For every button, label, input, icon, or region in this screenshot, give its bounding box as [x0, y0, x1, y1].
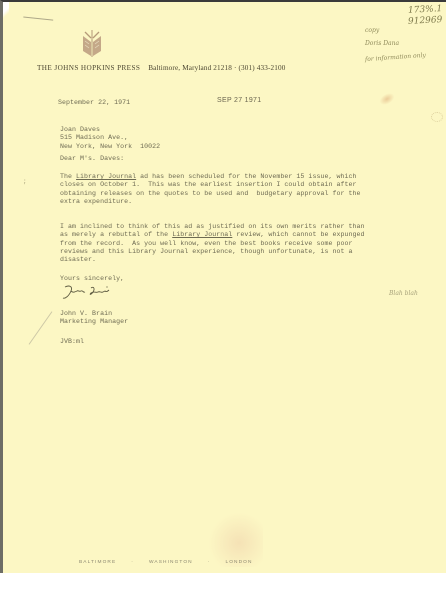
recipient-address: Joan Daves515 Madison Ave.,New York, New…	[60, 126, 160, 151]
signer-title: Marketing Manager	[60, 318, 128, 326]
pencil-mark	[23, 16, 53, 25]
letter-page: THE JOHNS HOPKINS PRESS Baltimore, Maryl…	[0, 0, 446, 573]
journal-title: Library Journal	[76, 173, 136, 180]
footer-cities: BALTIMORE·WASHINGTON·LONDON	[79, 560, 253, 565]
corner-fold	[3, 2, 9, 24]
paper-stain	[203, 507, 263, 567]
signature-block: John V. BrainMarketing Manager	[60, 310, 128, 327]
handwritten-side-note: Blah blah	[389, 290, 418, 297]
text: ad has been scheduled for the November 1…	[136, 173, 356, 180]
organization-name: THE JOHNS HOPKINS PRESS	[37, 64, 140, 72]
recipient-name: Joan Daves	[60, 126, 160, 134]
typist-initials: JVB:ml	[60, 338, 84, 346]
handwritten-info-note: for information only	[365, 52, 426, 63]
p1-line-2: closes on October 1. This was the earlie…	[60, 181, 361, 189]
p2-line-3: from the record. As you well know, even …	[60, 240, 365, 248]
ink-smudge	[378, 91, 397, 108]
separator: ·	[208, 560, 211, 565]
salutation: Dear M's. Daves:	[60, 155, 124, 163]
separator: ·	[131, 560, 134, 565]
p1-line-1: The Library Journal ad has been schedule…	[60, 173, 361, 181]
p2-line-2: as merely a rebuttal of the Library Jour…	[60, 231, 365, 239]
footer-city: LONDON	[225, 560, 252, 565]
text: as merely a rebuttal of the	[60, 231, 172, 238]
journal-title: Library Journal	[172, 231, 232, 238]
organization-address: Baltimore, Maryland 21218 · (301) 433-21…	[148, 64, 285, 72]
p1-line-3: obtaining releases on the quotes to be u…	[60, 190, 361, 198]
recipient-city: New York, New York 10022	[60, 143, 160, 151]
recipient-street: 515 Madison Ave.,	[60, 134, 160, 142]
text: review, which cannot be expunged	[232, 231, 364, 238]
reference-number: 173%.1	[408, 4, 443, 16]
handwritten-copy-note: copy	[365, 27, 379, 34]
letter-date: September 22, 1971	[58, 99, 130, 107]
stamp-mark	[431, 112, 443, 122]
signer-name: John V. Brain	[60, 310, 128, 318]
reference-number-2: 912969	[408, 15, 443, 27]
handwritten-name-note: Doris Dana	[365, 40, 399, 47]
signature	[61, 283, 113, 303]
received-date-stamp: SEP 27 1971	[217, 97, 261, 104]
letterhead: THE JOHNS HOPKINS PRESS Baltimore, Maryl…	[37, 64, 285, 72]
p2-line-1: I am inclined to think of this ad as jus…	[60, 223, 365, 231]
footer-city: BALTIMORE	[79, 560, 116, 565]
footer-city: WASHINGTON	[149, 560, 193, 565]
p1-line-4: extra expenditure.	[60, 198, 361, 206]
book-logo-icon	[82, 30, 102, 57]
text: The	[60, 173, 76, 180]
p2-line-5: disaster.	[60, 256, 365, 264]
paragraph-2: I am inclined to think of this ad as jus…	[60, 223, 365, 264]
pencil-line	[29, 311, 53, 344]
paragraph-1: The Library Journal ad has been schedule…	[60, 173, 361, 206]
margin-mark: ;	[23, 178, 27, 185]
p2-line-4: reviews and this Library Journal experie…	[60, 248, 365, 256]
